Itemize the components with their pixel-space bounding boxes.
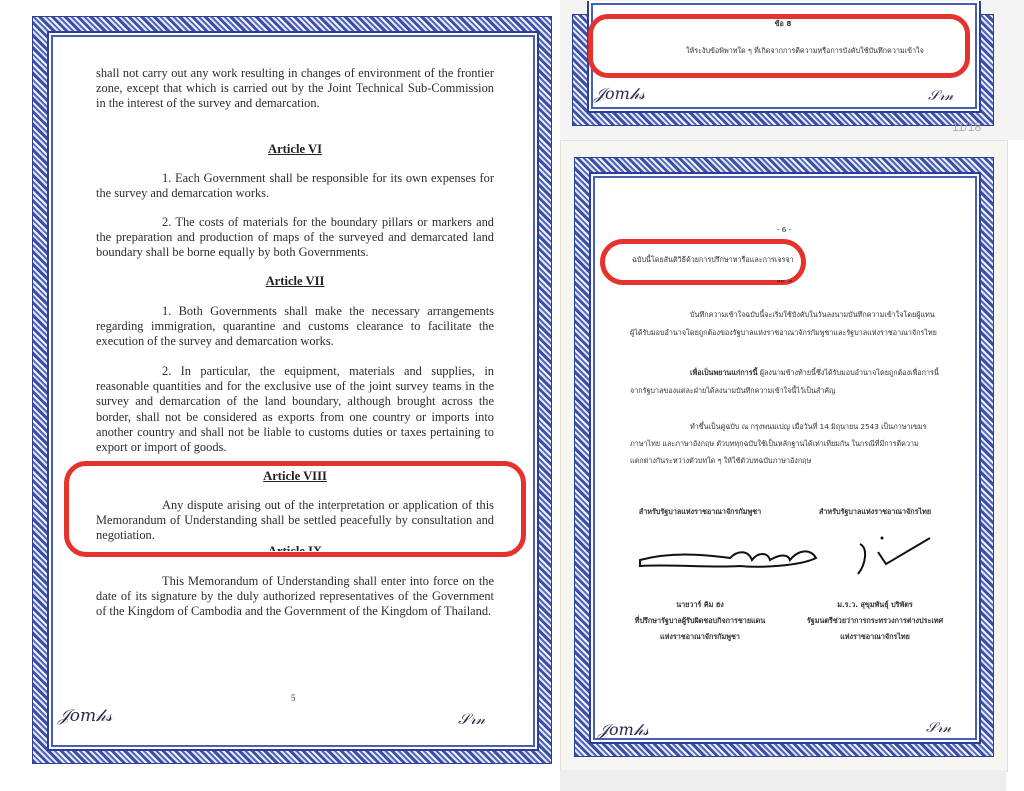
- initials-left: 𝒥𝑜𝑚𝒽𝓈: [598, 720, 649, 740]
- witness-line-1: เพื่อเป็นพยานแก่การนี้ ผู้ลงนามข้างท้ายน…: [690, 365, 939, 380]
- signatory-cambodia-for: สำหรับรัฐบาลแห่งราชอาณาจักรกัมพูชา: [625, 504, 775, 519]
- witness-rest: ผู้ลงนามข้างท้ายนี้ซึ่งได้รับมอบอำนาจโดย…: [758, 368, 939, 377]
- done-line-2: ภาษาไทย และภาษาอังกฤษ ตัวบททุกฉบับใช้เป็…: [630, 436, 919, 451]
- article-vi-heading: Article VI: [96, 142, 494, 157]
- intro-paragraph: shall not carry out any work resulting i…: [96, 66, 494, 112]
- viewer-bottom-bar: [560, 770, 1006, 791]
- signatures: [630, 530, 970, 585]
- page-number: 5: [291, 693, 296, 703]
- signatory-thailand-for: สำหรับรัฐบาลแห่งราชอาณาจักรไทย: [800, 504, 950, 519]
- page-number: - 6 -: [574, 222, 994, 237]
- initials-left: 𝒥𝑜𝑚𝒽𝓈: [594, 84, 645, 104]
- clause-8-continuation: ฉบับนี้โดยสันติวิธีด้วยการปรึกษาหารือและ…: [632, 252, 794, 267]
- signature-thailand-stroke-2: [878, 538, 930, 564]
- article-viii-para: Any dispute arising out of the interpret…: [96, 498, 494, 544]
- done-line-1: ทำขึ้นเป็นคู่ฉบับ ณ กรุงพนมเปญ เมื่อวันท…: [690, 419, 927, 434]
- signatory-thailand-title-2: แห่งราชอาณาจักรไทย: [800, 629, 950, 644]
- article-vi-para-2: 2. The costs of materials for the bounda…: [96, 215, 494, 261]
- clause-9-heading: ข้อ 9: [574, 280, 994, 288]
- article-vii-heading: Article VII: [96, 274, 494, 289]
- done-line-3: แตกต่างกันระหว่างตัวบทใด ๆ ให้ใช้ตัวบทฉบ…: [630, 453, 811, 468]
- clause-8-heading: ข้อ 8: [572, 16, 994, 31]
- signature-cambodia: [640, 551, 816, 566]
- article-ix-heading: Article IX: [96, 542, 494, 551]
- signatory-thailand-name: ม.ร.ว. สุขุมพันธุ์ บริพัตร: [800, 597, 950, 612]
- article-ix-para: This Memorandum of Understanding shall e…: [96, 574, 494, 620]
- witness-line-2: จากรัฐบาลของแต่ละฝ่ายได้ลงนามบันทึกความเ…: [630, 383, 835, 398]
- clause-9-line-1: บันทึกความเข้าใจฉบับนี้จะเริ่มใช้บังคับใ…: [690, 307, 935, 322]
- signatory-cambodia-title-1: ที่ปรึกษารัฐบาลผู้รับผิดชอบกิจการชายแดน: [625, 613, 775, 628]
- article-vii-para-2: 2. In particular, the equipment, materia…: [96, 364, 494, 455]
- clause-8-text: ให้ระงับข้อพิพาทใด ๆ ที่เกิดจากการตีความ…: [686, 43, 924, 58]
- witness-bold: เพื่อเป็นพยานแก่การนี้: [690, 368, 758, 377]
- initials-left: 𝒥𝑜𝑚𝒽𝓈: [58, 706, 112, 726]
- article-viii-heading: Article VIII: [96, 469, 494, 484]
- initials-right: 𝒮𝓇𝓃: [458, 710, 485, 728]
- initials-right: 𝒮𝓇𝓃: [928, 88, 953, 104]
- initials-right: 𝒮𝓇𝓃: [926, 720, 951, 736]
- signatory-cambodia-title-2: แห่งราชอาณาจักรกัมพูชา: [625, 629, 775, 644]
- signatory-cambodia-name: นายวาร์ คิม ฮง: [625, 597, 775, 612]
- signatory-thailand-title-1: รัฐมนตรีช่วยว่าการกระทรวงการต่างประเทศ: [800, 613, 950, 628]
- clause-9-line-2: ผู้ได้รับมอบอำนาจโดยถูกต้องของรัฐบาลแห่ง…: [630, 325, 937, 340]
- article-vi-para-1: 1. Each Government shall be responsible …: [96, 171, 494, 201]
- page-counter: 11/18: [952, 120, 981, 134]
- article-vii-para-1: 1. Both Governments shall make the neces…: [96, 304, 494, 350]
- signature-thailand-stroke-1: [858, 544, 865, 574]
